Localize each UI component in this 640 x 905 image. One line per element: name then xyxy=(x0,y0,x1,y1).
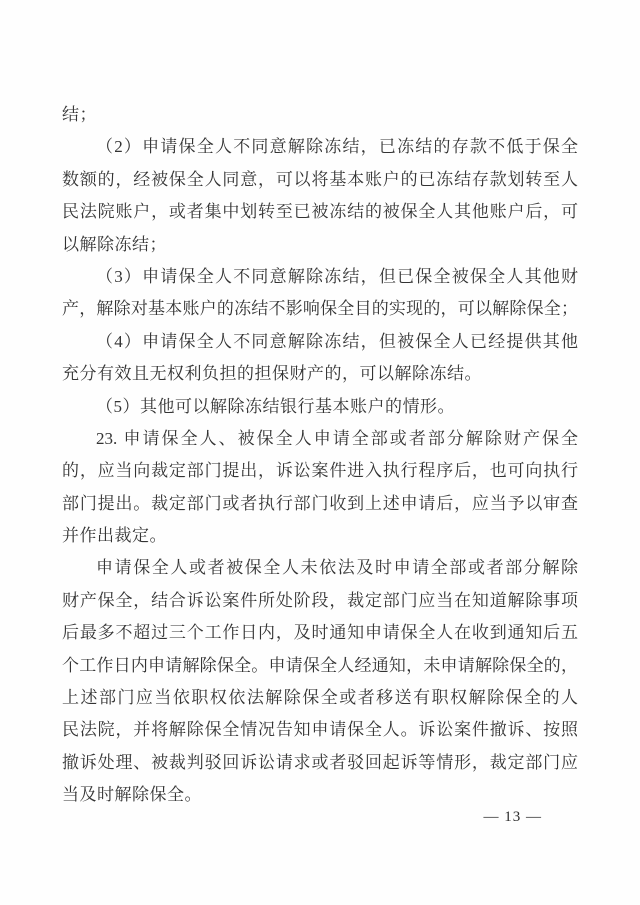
text-line: 结； xyxy=(62,99,578,131)
text-line: 以解除冻结； xyxy=(62,229,578,261)
text-line: 民法院账户，或者集中划转至已被冻结的被保全人其他账户后，可 xyxy=(62,196,578,228)
text-line: 充分有效且无权利负担的担保财产的，可以解除冻结。 xyxy=(62,358,578,390)
text-line: 撤诉处理、被裁判驳回诉讼请求或者驳回起诉等情形，裁定部门应 xyxy=(62,747,578,779)
text-line: 产，解除对基本账户的冻结不影响保全目的实现的，可以解除保全； xyxy=(62,293,578,325)
text-line: 部门提出。裁定部门或者执行部门收到上述申请后，应当予以审查 xyxy=(62,488,578,520)
text-line: （2）申请保全人不同意解除冻结，已冻结的存款不低于保全 xyxy=(62,131,578,163)
text-line: 的，应当向裁定部门提出，诉讼案件进入执行程序后，也可向执行 xyxy=(62,455,578,487)
text-line: （4）申请保全人不同意解除冻结，但被保全人已经提供其他 xyxy=(62,326,578,358)
text-line: 数额的，经被保全人同意，可以将基本账户的已冻结存款划转至人 xyxy=(62,164,578,196)
text-line: 并作出裁定。 xyxy=(62,520,578,552)
page-number: — 13 — xyxy=(0,806,542,828)
text-line: 23. 申请保全人、被保全人申请全部或者部分解除财产保全 xyxy=(62,423,578,455)
text-line: 上述部门应当依职权依法解除保全或者移送有职权解除保全的人 xyxy=(62,682,578,714)
text-line: （5）其他可以解除冻结银行基本账户的情形。 xyxy=(62,391,578,423)
document-page: 结； （2）申请保全人不同意解除冻结，已冻结的存款不低于保全 数额的，经被保全人… xyxy=(0,0,640,905)
text-line: 财产保全，结合诉讼案件所处阶段，裁定部门应当在知道解除事项 xyxy=(62,585,578,617)
text-line: 申请保全人或者被保全人未依法及时申请全部或者部分解除 xyxy=(62,552,578,584)
text-line: 民法院，并将解除保全情况告知申请保全人。诉讼案件撤诉、按照 xyxy=(62,714,578,746)
text-line: 个工作日内申请解除保全。申请保全人经通知，未申请解除保全的， xyxy=(62,650,578,682)
text-line: 后最多不超过三个工作日内，及时通知申请保全人在收到通知后五 xyxy=(62,617,578,649)
text-line: （3）申请保全人不同意解除冻结，但已保全被保全人其他财 xyxy=(62,261,578,293)
document-text-block: 结； （2）申请保全人不同意解除冻结，已冻结的存款不低于保全 数额的，经被保全人… xyxy=(62,99,578,812)
